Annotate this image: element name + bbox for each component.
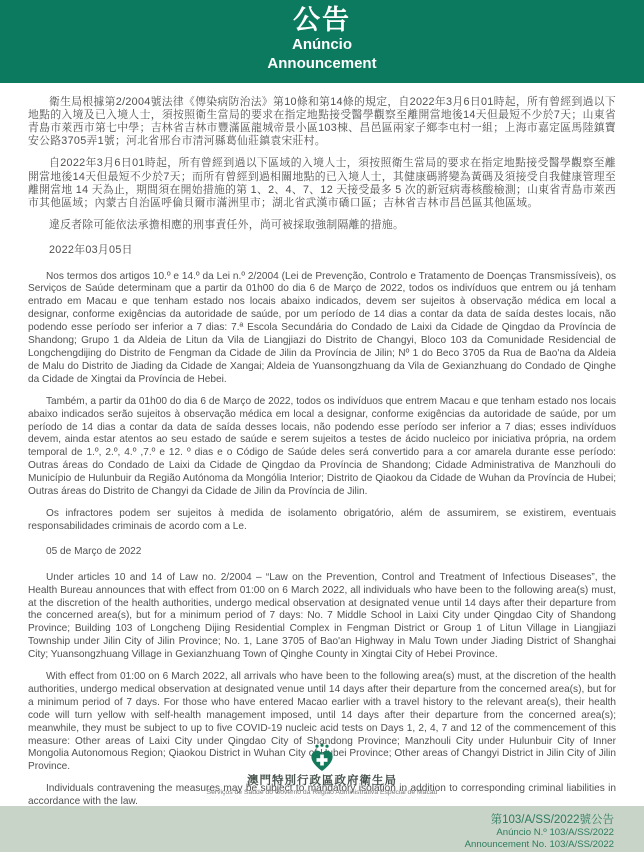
reference-number-band: 第103/A/SS/2022號公告 Anúncio N.º 103/A/SS/2… (0, 806, 644, 852)
page-title-en: Announcement (0, 55, 644, 74)
chinese-paragraph-2: 自2022年3月6日01時起，所有曾經到過以下區域的入境人士，須按照衛生當局的要… (28, 157, 616, 210)
reference-number-pt: Anúncio N.º 103/A/SS/2022 (0, 827, 614, 839)
header-banner: 公告 Anúncio Announcement (0, 0, 644, 83)
reference-number-en: Announcement No. 103/A/SS/2022 (0, 839, 614, 851)
document-body: 衛生局根據第2/2004號法律《傳染病防治法》第10條和第14條的規定，自202… (0, 83, 644, 834)
announcement-page: 公告 Anúncio Announcement 衛生局根據第2/2004號法律《… (0, 0, 644, 852)
portuguese-paragraph-2: Também, a partir da 01h00 do dia 6 de Ma… (28, 396, 616, 499)
reference-number-zh: 第103/A/SS/2022號公告 (0, 813, 614, 827)
health-bureau-logo-icon (306, 743, 338, 773)
english-paragraph-1: Under articles 10 and 14 of Law no. 2/20… (28, 572, 616, 662)
chinese-paragraph-1: 衛生局根據第2/2004號法律《傳染病防治法》第10條和第14條的規定，自202… (28, 96, 616, 149)
org-name-pt: Serviços de Saúde do Governo da Região A… (0, 789, 644, 798)
footer-organisation: 澳門特別行政區政府衛生局 Serviços de Saúde do Govern… (0, 743, 644, 798)
portuguese-paragraph-1: Nos termos dos artigos 10.º e 14.º da Le… (28, 271, 616, 387)
page-title-pt: Anúncio (0, 36, 644, 55)
chinese-date: 2022年03月05日 (28, 244, 616, 257)
page-title-zh: 公告 (0, 5, 644, 36)
chinese-paragraph-3: 違反者除可能依法承擔相應的刑事責任外，尚可被採取強制隔離的措施。 (28, 219, 616, 232)
portuguese-date: 05 de Março de 2022 (28, 546, 616, 559)
org-name-zh: 澳門特別行政區政府衛生局 (0, 775, 644, 789)
portuguese-paragraph-3: Os infractores podem ser sujeitos à medi… (28, 508, 616, 534)
